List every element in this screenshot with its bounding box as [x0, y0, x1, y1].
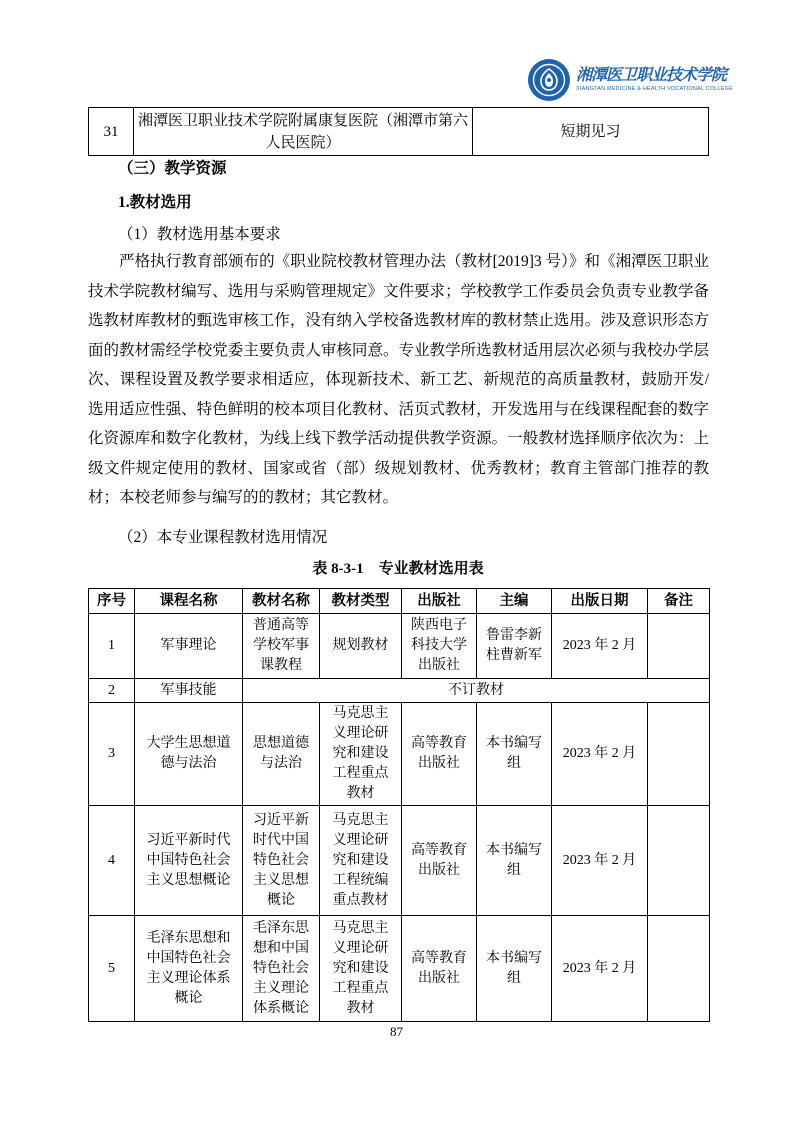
document-page: 湘潭医卫职业技术学院 XIANGTAN MEDICINE & HEALTH VO…	[0, 0, 793, 1122]
cell-publisher: 陕西电子科技大学出版社	[402, 614, 477, 679]
cell-no: 31	[89, 108, 134, 156]
cell-type: 规划教材	[320, 614, 402, 679]
cell-no: 5	[89, 916, 135, 1022]
header-date: 出版日期	[552, 589, 648, 614]
cell-publisher: 高等教育出版社	[402, 916, 477, 1022]
cell-course: 大学生思想道德与法治	[135, 703, 243, 806]
cell-course: 习近平新时代中国特色社会主义思想概论	[135, 806, 243, 916]
college-name-cn: 湘潭医卫职业技术学院	[576, 68, 733, 84]
cell-course: 军事技能	[135, 679, 243, 703]
table-row: 1 军事理论 普通高等学校军事课教程 规划教材 陕西电子科技大学出版社 鲁雷李新…	[89, 614, 710, 679]
header-type: 教材类型	[320, 589, 402, 614]
cell-type: 马克思主义理论研究和建设工程重点教材	[320, 703, 402, 806]
cell-date: 2023 年 2 月	[552, 916, 648, 1022]
table-row: 2 军事技能 不订教材	[89, 679, 710, 703]
subsection-title: 1.教材选用	[118, 190, 192, 212]
header-no: 序号	[89, 589, 135, 614]
college-emblem-icon	[527, 58, 571, 102]
cell-merged-note: 不订教材	[243, 679, 710, 703]
college-name-en: XIANGTAN MEDICINE & HEALTH VOCATIONAL CO…	[576, 87, 733, 93]
table-row: 31 湘潭医卫职业技术学院附属康复医院（湘潭市第六人民医院） 短期见习	[89, 108, 709, 156]
table-row: 4 习近平新时代中国特色社会主义思想概论 习近平新时代中国特色社会主义思想概论 …	[89, 806, 710, 916]
cell-textbook: 习近平新时代中国特色社会主义思想概论	[243, 806, 320, 916]
item1-body-paragraph: 严格执行教育部颁布的《职业院校教材管理办法（教材[2019]3 号）》和《湘潭医…	[88, 247, 709, 513]
cell-remark	[648, 703, 710, 806]
practice-base-table: 31 湘潭医卫职业技术学院附属康复医院（湘潭市第六人民医院） 短期见习	[88, 107, 709, 156]
cell-editor: 本书编写组	[477, 806, 552, 916]
table-row: 5 毛泽东思想和中国特色社会主义理论体系概论 毛泽东思想和中国特色社会主义理论体…	[89, 916, 710, 1022]
section-title: （三）教学资源	[118, 156, 227, 178]
page-number: 87	[0, 1024, 793, 1040]
cell-remark	[648, 916, 710, 1022]
header-course: 课程名称	[135, 589, 243, 614]
cell-no: 4	[89, 806, 135, 916]
cell-textbook: 思想道德与法治	[243, 703, 320, 806]
item2-title: （2）本专业课程教材选用情况	[118, 525, 327, 547]
table-caption: 表 8-3-1 专业教材选用表	[88, 557, 708, 578]
cell-publisher: 高等教育出版社	[402, 703, 477, 806]
cell-remark	[648, 614, 710, 679]
cell-date: 2023 年 2 月	[552, 614, 648, 679]
table-header-row: 序号 课程名称 教材名称 教材类型 出版社 主编 出版日期 备注	[89, 589, 710, 614]
cell-editor: 本书编写组	[477, 916, 552, 1022]
cell-textbook: 毛泽东思想和中国特色社会主义理论体系概论	[243, 916, 320, 1022]
cell-remark	[648, 806, 710, 916]
college-name-block: 湘潭医卫职业技术学院 XIANGTAN MEDICINE & HEALTH VO…	[576, 68, 733, 93]
cell-date: 2023 年 2 月	[552, 703, 648, 806]
cell-no: 1	[89, 614, 135, 679]
header-textbook: 教材名称	[243, 589, 320, 614]
table-row: 3 大学生思想道德与法治 思想道德与法治 马克思主义理论研究和建设工程重点教材 …	[89, 703, 710, 806]
cell-type: 马克思主义理论研究和建设工程统编重点教材	[320, 806, 402, 916]
cell-course: 毛泽东思想和中国特色社会主义理论体系概论	[135, 916, 243, 1022]
header-publisher: 出版社	[402, 589, 477, 614]
cell-no: 2	[89, 679, 135, 703]
cell-publisher: 高等教育出版社	[402, 806, 477, 916]
header-remark: 备注	[648, 589, 710, 614]
cell-course: 军事理论	[135, 614, 243, 679]
textbook-selection-table: 序号 课程名称 教材名称 教材类型 出版社 主编 出版日期 备注 1 军事理论 …	[88, 588, 710, 1022]
cell-editor: 鲁雷李新柱曹新军	[477, 614, 552, 679]
cell-type: 马克思主义理论研究和建设工程重点教材	[320, 916, 402, 1022]
cell-textbook: 普通高等学校军事课教程	[243, 614, 320, 679]
cell-no: 3	[89, 703, 135, 806]
cell-date: 2023 年 2 月	[552, 806, 648, 916]
header-editor: 主编	[477, 589, 552, 614]
cell-base-name: 湘潭医卫职业技术学院附属康复医院（湘潭市第六人民医院）	[134, 108, 473, 156]
cell-practice-type: 短期见习	[473, 108, 709, 156]
college-logo: 湘潭医卫职业技术学院 XIANGTAN MEDICINE & HEALTH VO…	[527, 57, 713, 103]
cell-editor: 本书编写组	[477, 703, 552, 806]
item1-title: （1）教材选用基本要求	[118, 222, 281, 244]
